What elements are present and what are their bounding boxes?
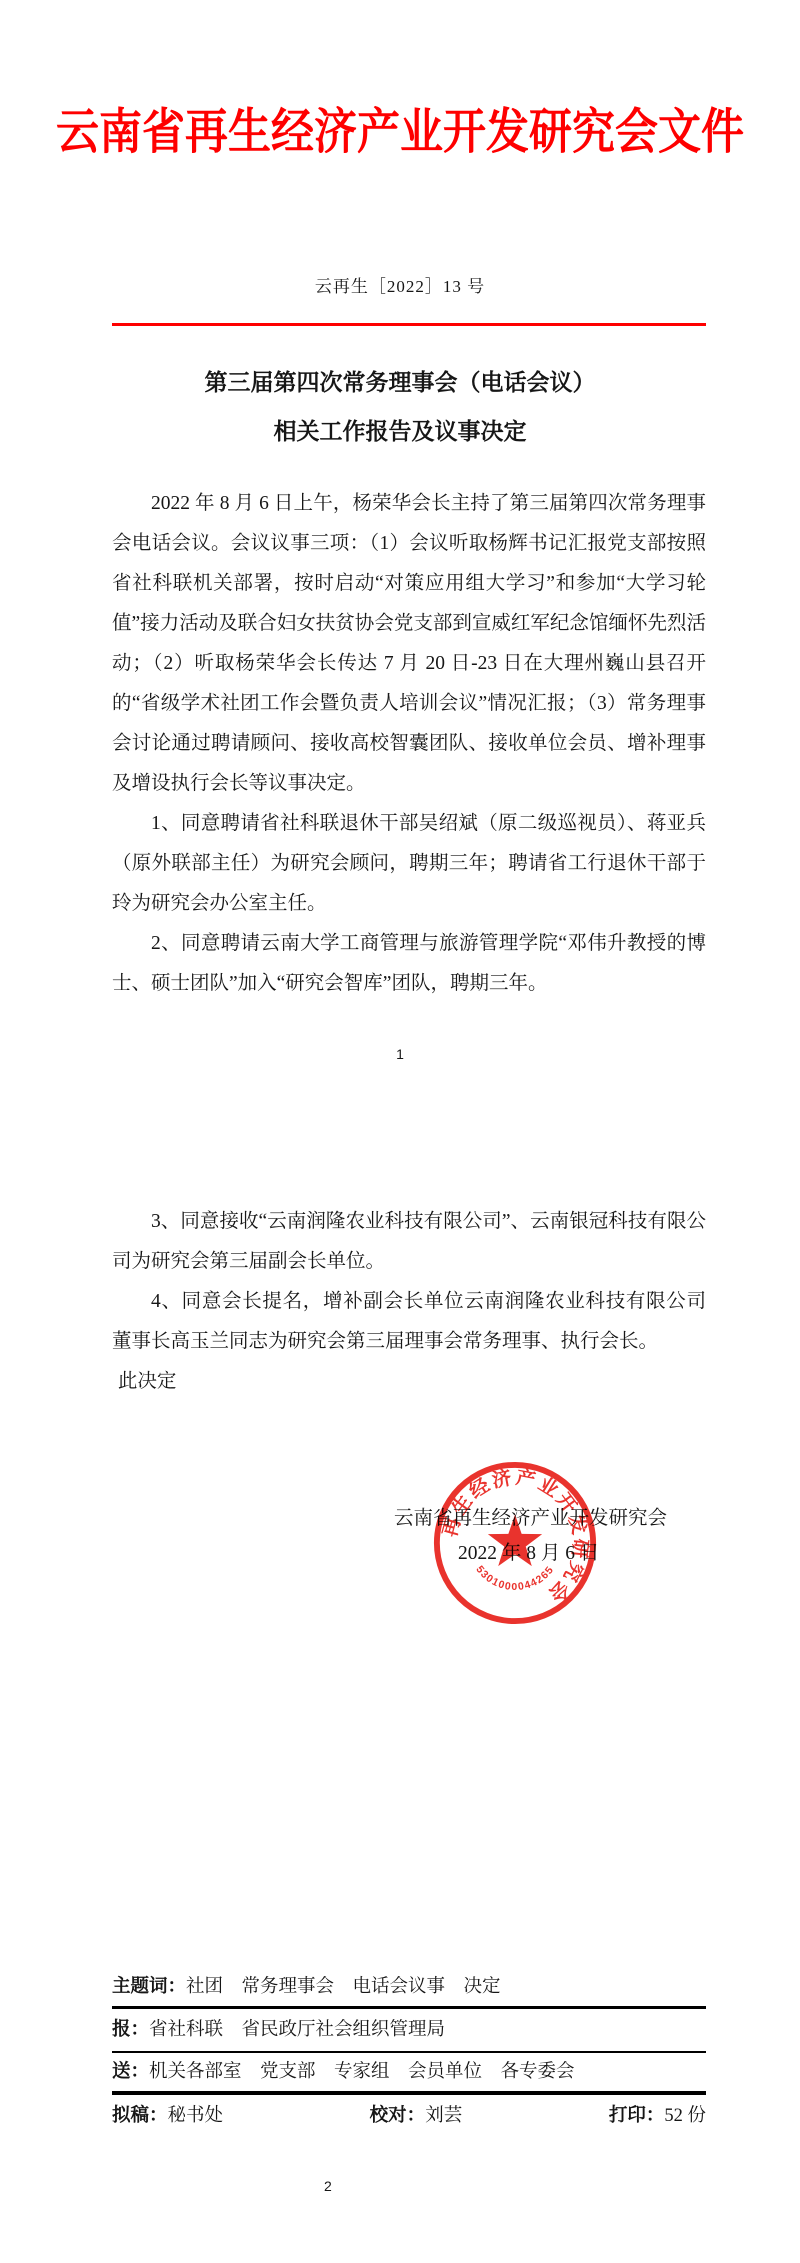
doc-title-line2: 相关工作报告及议事决定 <box>0 407 800 456</box>
body-paragraph-decision: 此决定 <box>112 1362 706 1402</box>
draft-value: 秘书处 <box>168 2106 224 2126</box>
keywords-value: 社团 常务理事会 电话会议事 决定 <box>186 1977 501 1997</box>
draft-label: 拟稿： <box>112 2106 168 2126</box>
page-number-2: 2 <box>324 2178 332 2194</box>
seal-star-icon <box>488 1514 542 1566</box>
footer-report-row: 报：省社科联 省民政厅社会组织管理局 <box>112 2009 706 2051</box>
red-separator-rule <box>112 323 706 326</box>
body-paragraph: 2022 年 8 月 6 日上午，杨荣华会长主持了第三届第四次常务理事会电话会议… <box>112 484 706 804</box>
report-value: 省社科联 省民政厅社会组织管理局 <box>149 2020 445 2040</box>
footer-print-row: 拟稿：秘书处 校对：刘芸 打印：52 份 <box>112 2095 706 2137</box>
keywords-label: 主题词： <box>112 1977 186 1997</box>
seal-serial-number: 5301000044265 <box>473 1564 556 1593</box>
body-paragraph: 1、同意聘请省社科联退休干部吴绍斌（原二级巡视员）、蒋亚兵（原外联部主任）为研究… <box>112 804 706 924</box>
body-paragraph: 3、同意接收“云南润隆农业科技有限公司”、云南银冠科技有限公司为研究会第三届副会… <box>112 1202 706 1282</box>
body-paragraph: 2、同意聘请云南大学工商管理与旅游管理学院“邓伟升教授的博士、硕士团队”加入“研… <box>112 924 706 1004</box>
send-value: 机关各部室 党支部 专家组 会员单位 各专委会 <box>149 2062 575 2082</box>
print-value: 52 份 <box>664 2106 706 2126</box>
body-paragraph: 4、同意会长提名，增补副会长单位云南润隆农业科技有限公司董事长高玉兰同志为研究会… <box>112 1282 706 1362</box>
proof-label: 校对： <box>370 2106 426 2126</box>
doc-number: 云再生［2022］13 号 <box>0 272 800 297</box>
document-footer: 主题词：社团 常务理事会 电话会议事 决定 报：省社科联 省民政厅社会组织管理局… <box>112 1968 706 2137</box>
footer-keywords-row: 主题词：社团 常务理事会 电话会议事 决定 <box>112 1968 706 2006</box>
print-cell: 打印：52 份 <box>609 2095 706 2137</box>
page-number-1: 1 <box>0 1046 800 1062</box>
proof-cell: 校对：刘芸 <box>370 2095 463 2137</box>
official-seal: 云南省再生经济产业开发研究会 5301000044265 <box>431 1459 599 1627</box>
svg-text:5301000044265: 5301000044265 <box>473 1564 556 1593</box>
send-label: 送： <box>112 2062 149 2082</box>
footer-send-row: 送：机关各部室 党支部 专家组 会员单位 各专委会 <box>112 2053 706 2091</box>
official-document-page: { "colors": { "header_red": "#fe0000", "… <box>0 0 800 2263</box>
org-header-title: 云南省再生经济产业开发研究会文件 <box>0 94 800 162</box>
report-label: 报： <box>112 2020 149 2040</box>
print-label: 打印： <box>609 2106 665 2126</box>
doc-title-line1: 第三届第四次常务理事会（电话会议） <box>0 358 800 407</box>
draft-cell: 拟稿：秘书处 <box>112 2095 223 2137</box>
doc-title: 第三届第四次常务理事会（电话会议） 相关工作报告及议事决定 <box>0 358 800 456</box>
proof-value: 刘芸 <box>425 2106 462 2126</box>
document-body: 2022 年 8 月 6 日上午，杨荣华会长主持了第三届第四次常务理事会电话会议… <box>112 484 706 1402</box>
